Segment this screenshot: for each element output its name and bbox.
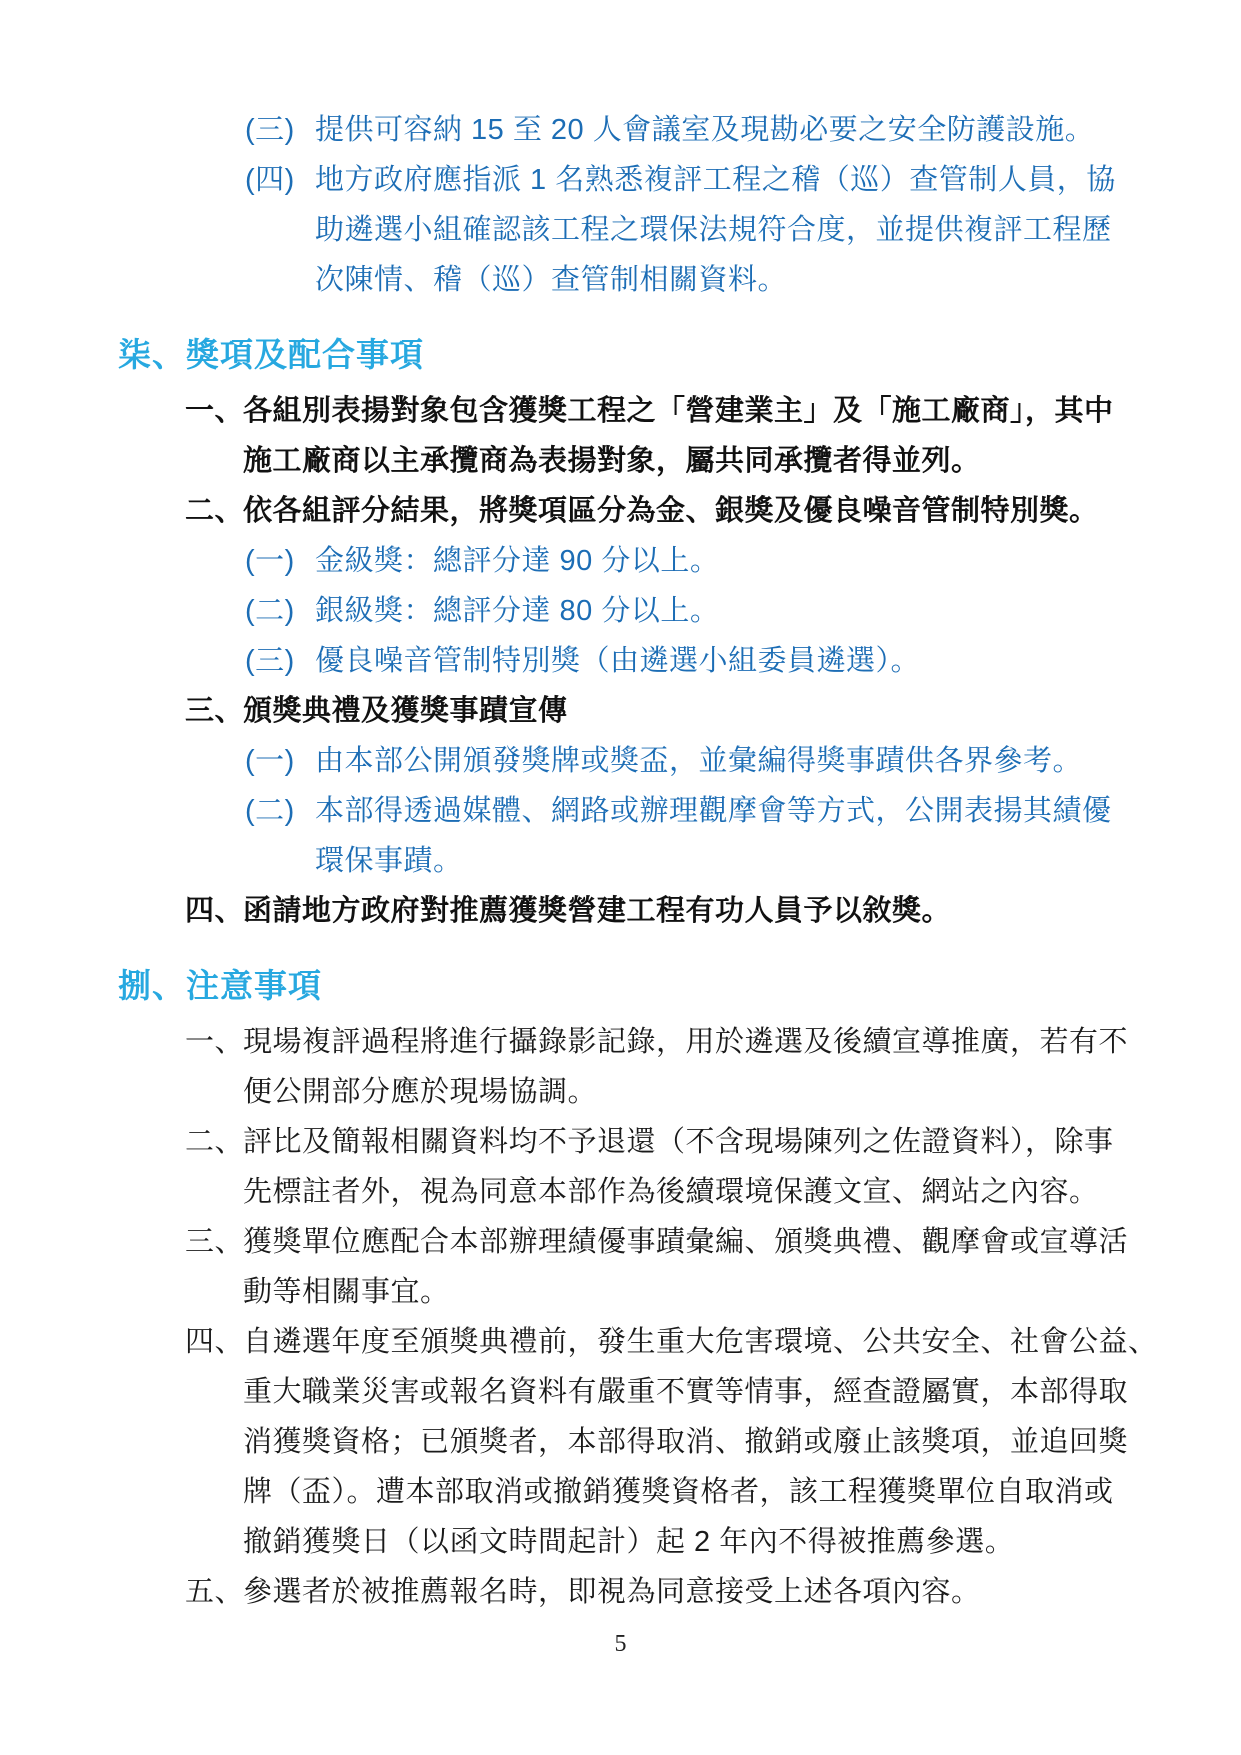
list-number: (二) xyxy=(245,586,315,636)
list-item: (二) 本部得透過媒體、網路或辦理觀摩會等方式，公開表揚其績優 環保事蹟。 xyxy=(0,786,1241,886)
list-text: 銀級獎：總評分達 80 分以上。 xyxy=(315,586,719,636)
list-text: 優良噪音管制特別獎（由遴選小組委員遴選）。 xyxy=(315,636,920,686)
list-text: 現場複評過程將進行攝錄影記錄，用於遴選及後續宣導推廣，若有不 便公開部分應於現場… xyxy=(243,1017,1128,1117)
list-text: 各組別表揚對象包含獲獎工程之「營建業主」及「施工廠商」，其中 施工廠商以主承攬商… xyxy=(243,386,1114,486)
list-item: 二、 依各組評分結果，將獎項區分為金、銀獎及優良噪音管制特別獎。 xyxy=(0,486,1241,536)
list-text: 地方政府應指派 1 名熟悉複評工程之稽（巡）查管制人員，協 助遴選小組確認該工程… xyxy=(315,155,1116,305)
list-number: 一、 xyxy=(185,1017,243,1067)
list-number: (三) xyxy=(245,636,315,686)
list-number: 四、 xyxy=(185,886,243,936)
list-item: (一) 金級獎：總評分達 90 分以上。 xyxy=(0,536,1241,586)
list-text: 提供可容納 15 至 20 人會議室及現勘必要之安全防護設施。 xyxy=(315,105,1094,155)
list-text: 自遴選年度至頒獎典禮前，發生重大危害環境、公共安全、社會公益、 重大職業災害或報… xyxy=(243,1317,1158,1567)
list-number: (二) xyxy=(245,786,315,836)
list-item: (一) 由本部公開頒發獎牌或獎盃，並彙編得獎事蹟供各界參考。 xyxy=(0,736,1241,786)
list-number: 四、 xyxy=(185,1317,243,1367)
page-number: 5 xyxy=(0,1631,1241,1658)
list-number: 二、 xyxy=(185,486,243,536)
list-item: 一、 現場複評過程將進行攝錄影記錄，用於遴選及後續宣導推廣，若有不 便公開部分應… xyxy=(0,1017,1241,1117)
list-text: 獲獎單位應配合本部辦理績優事蹟彙編、頒獎典禮、觀摩會或宣導活 動等相關事宜。 xyxy=(243,1217,1128,1317)
list-item: (四) 地方政府應指派 1 名熟悉複評工程之稽（巡）查管制人員，協 助遴選小組確… xyxy=(0,155,1241,305)
list-number: (四) xyxy=(245,155,315,205)
list-text: 依各組評分結果，將獎項區分為金、銀獎及優良噪音管制特別獎。 xyxy=(243,486,1099,536)
list-text: 頒獎典禮及獲獎事蹟宣傳 xyxy=(243,686,568,736)
list-item: (二) 銀級獎：總評分達 80 分以上。 xyxy=(0,586,1241,636)
list-item: (三) 提供可容納 15 至 20 人會議室及現勘必要之安全防護設施。 xyxy=(0,105,1241,155)
list-text: 本部得透過媒體、網路或辦理觀摩會等方式，公開表揚其績優 環保事蹟。 xyxy=(315,786,1112,886)
list-item: (三) 優良噪音管制特別獎（由遴選小組委員遴選）。 xyxy=(0,636,1241,686)
list-number: (一) xyxy=(245,736,315,786)
list-item: 五、 參選者於被推薦報名時，即視為同意接受上述各項內容。 xyxy=(0,1567,1241,1617)
list-number: 三、 xyxy=(185,1217,243,1267)
list-item: 四、 函請地方政府對推薦獲獎營建工程有功人員予以敘獎。 xyxy=(0,886,1241,936)
list-item: 三、 獲獎單位應配合本部辦理績優事蹟彙編、頒獎典禮、觀摩會或宣導活 動等相關事宜… xyxy=(0,1217,1241,1317)
list-text: 由本部公開頒發獎牌或獎盃，並彙編得獎事蹟供各界參考。 xyxy=(315,736,1082,786)
document-page: (三) 提供可容納 15 至 20 人會議室及現勘必要之安全防護設施。 (四) … xyxy=(0,0,1241,1755)
list-item: 一、 各組別表揚對象包含獲獎工程之「營建業主」及「施工廠商」，其中 施工廠商以主… xyxy=(0,386,1241,486)
section-heading-awards: 柒、獎項及配合事項 xyxy=(0,332,1241,378)
list-number: 五、 xyxy=(185,1567,243,1617)
list-text: 參選者於被推薦報名時，即視為同意接受上述各項內容。 xyxy=(243,1567,981,1617)
list-text: 金級獎：總評分達 90 分以上。 xyxy=(315,536,719,586)
list-number: (一) xyxy=(245,536,315,586)
document-content: (三) 提供可容納 15 至 20 人會議室及現勘必要之安全防護設施。 (四) … xyxy=(0,0,1241,1658)
list-number: 一、 xyxy=(185,386,243,436)
list-item: 二、 評比及簡報相關資料均不予退還（不含現場陳列之佐證資料），除事 先標註者外，… xyxy=(0,1117,1241,1217)
list-item: 四、 自遴選年度至頒獎典禮前，發生重大危害環境、公共安全、社會公益、 重大職業災… xyxy=(0,1317,1241,1567)
list-text: 函請地方政府對推薦獲獎營建工程有功人員予以敘獎。 xyxy=(243,886,951,936)
list-number: 三、 xyxy=(185,686,243,736)
section-heading-notes: 捌、注意事項 xyxy=(0,963,1241,1009)
list-number: 二、 xyxy=(185,1117,243,1167)
list-item: 三、 頒獎典禮及獲獎事蹟宣傳 xyxy=(0,686,1241,736)
list-text: 評比及簡報相關資料均不予退還（不含現場陳列之佐證資料），除事 先標註者外，視為同… xyxy=(243,1117,1114,1217)
list-number: (三) xyxy=(245,105,315,155)
